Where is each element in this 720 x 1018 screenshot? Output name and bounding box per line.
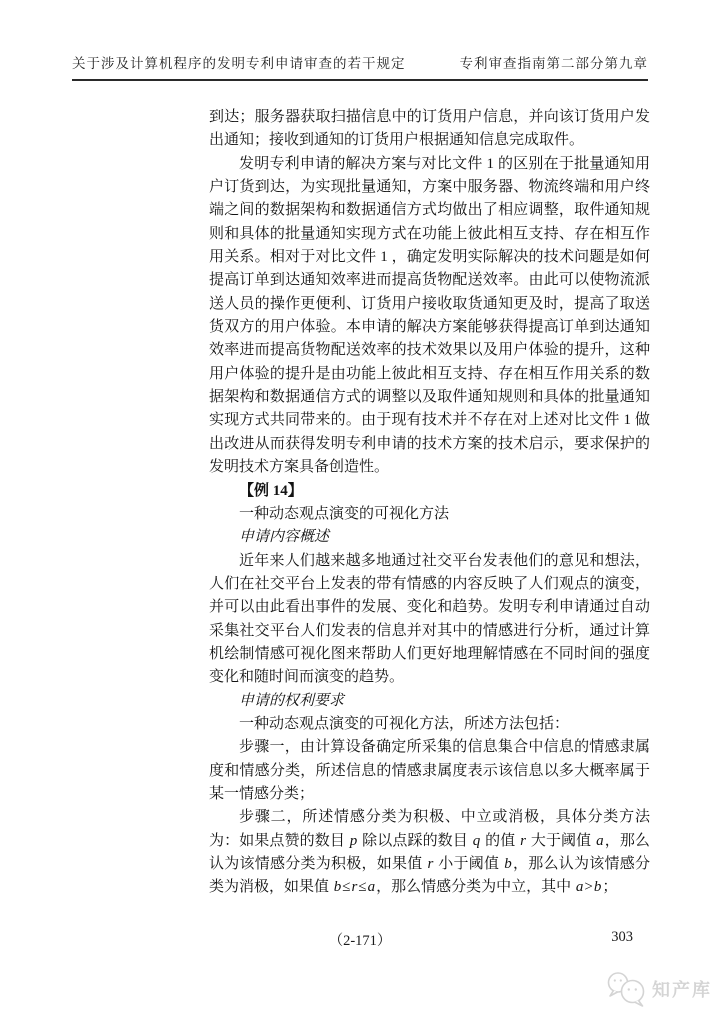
math-variable: b xyxy=(503,856,513,872)
paragraph: 步骤一，由计算设备确定所采集的信息集合中信息的情感隶属度和情感分类，所述信息的情… xyxy=(209,736,650,806)
watermark: 知产库 xyxy=(605,969,712,1009)
math-variable: r xyxy=(426,856,434,872)
section-heading-application-summary: 申请内容概述 xyxy=(209,526,650,549)
example-14-heading: 【例 14】 xyxy=(209,480,650,503)
paragraph: 步骤二，所述情感分类为积极、中立或消极，具体分类方法为：如果点赞的数目 p 除以… xyxy=(209,806,650,899)
watermark-label: 知产库 xyxy=(652,976,712,1002)
header-left-title: 关于涉及计算机程序的发明专利申请审查的若干规定 xyxy=(72,52,406,72)
footer-page-number: 303 xyxy=(611,929,633,946)
math-variable: a xyxy=(575,879,585,895)
math-variable: r xyxy=(351,879,359,895)
wechat-chat-bubbles-icon xyxy=(605,969,647,1009)
math-variable: r xyxy=(519,833,527,849)
paragraph: 一种动态观点演变的可视化方法，所述方法包括： xyxy=(209,713,650,736)
math-variable: p xyxy=(349,833,359,849)
math-variable: a xyxy=(595,833,605,849)
document-body: 到达；服务器获取扫描信息中的订货用户信息，并向该订货用户发出通知；接收到通知的订… xyxy=(209,106,650,900)
math-variable: b xyxy=(333,879,343,895)
example-14-title: 一种动态观点演变的可视化方法 xyxy=(209,503,650,526)
math-variable: q xyxy=(472,833,482,849)
paragraph: 到达；服务器获取扫描信息中的订货用户信息，并向该订货用户发出通知；接收到通知的订… xyxy=(209,106,650,153)
paragraph: 发明专利申请的解决方案与对比文件 1 的区别在于批量通知用户订货到达，为实现批量… xyxy=(209,153,650,480)
math-variable: b xyxy=(593,879,603,895)
section-heading-claims: 申请的权利要求 xyxy=(209,690,650,713)
paragraph: 近年来人们越来越多地通过社交平台发表他们的意见和想法，人们在社交平台上发表的带有… xyxy=(209,550,650,690)
header-right-title: 专利审查指南第二部分第九章 xyxy=(460,52,649,72)
page-header: 关于涉及计算机程序的发明专利申请审查的若干规定 专利审查指南第二部分第九章 xyxy=(72,52,648,81)
math-variable: a xyxy=(367,879,377,895)
